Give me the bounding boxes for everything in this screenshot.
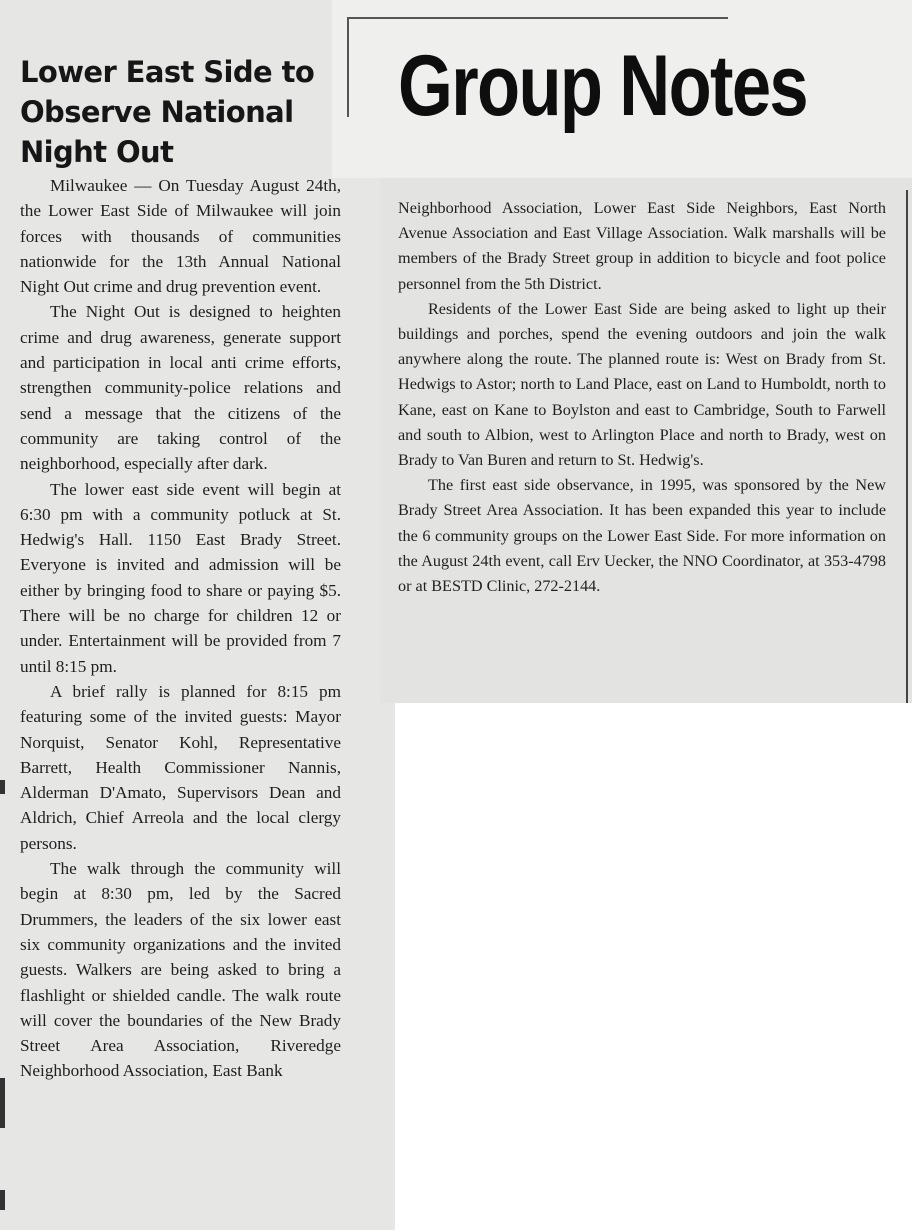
- edge-mark: [0, 1190, 5, 1210]
- article-left-column: Milwaukee — On Tuesday August 24th, the …: [20, 173, 341, 1084]
- article-headline: Lower East Side to Observe National Nigh…: [20, 52, 340, 172]
- article-paragraph: Milwaukee — On Tuesday August 24th, the …: [20, 173, 341, 299]
- article-continuation: Neighborhood Association, Lower East Sid…: [398, 196, 886, 297]
- edge-mark: [0, 1078, 5, 1128]
- adjacent-column-edge: [0, 0, 8, 1230]
- edge-mark: [0, 780, 5, 794]
- article-paragraph: The first east side observance, in 1995,…: [398, 473, 886, 599]
- article-paragraph: Residents of the Lower East Side are bei…: [398, 297, 886, 473]
- column-rule: [906, 190, 908, 703]
- article-paragraph: The lower east side event will begin at …: [20, 477, 341, 679]
- article-paragraph: The Night Out is designed to heighten cr…: [20, 299, 341, 476]
- banner-rule: [347, 17, 349, 117]
- article-right-column: Neighborhood Association, Lower East Sid…: [398, 196, 886, 599]
- article-paragraph: The walk through the community will begi…: [20, 856, 341, 1084]
- banner-rule: [348, 17, 728, 19]
- banner-title: Group Notes: [398, 36, 775, 136]
- article-paragraph: A brief rally is planned for 8:15 pm fea…: [20, 679, 341, 856]
